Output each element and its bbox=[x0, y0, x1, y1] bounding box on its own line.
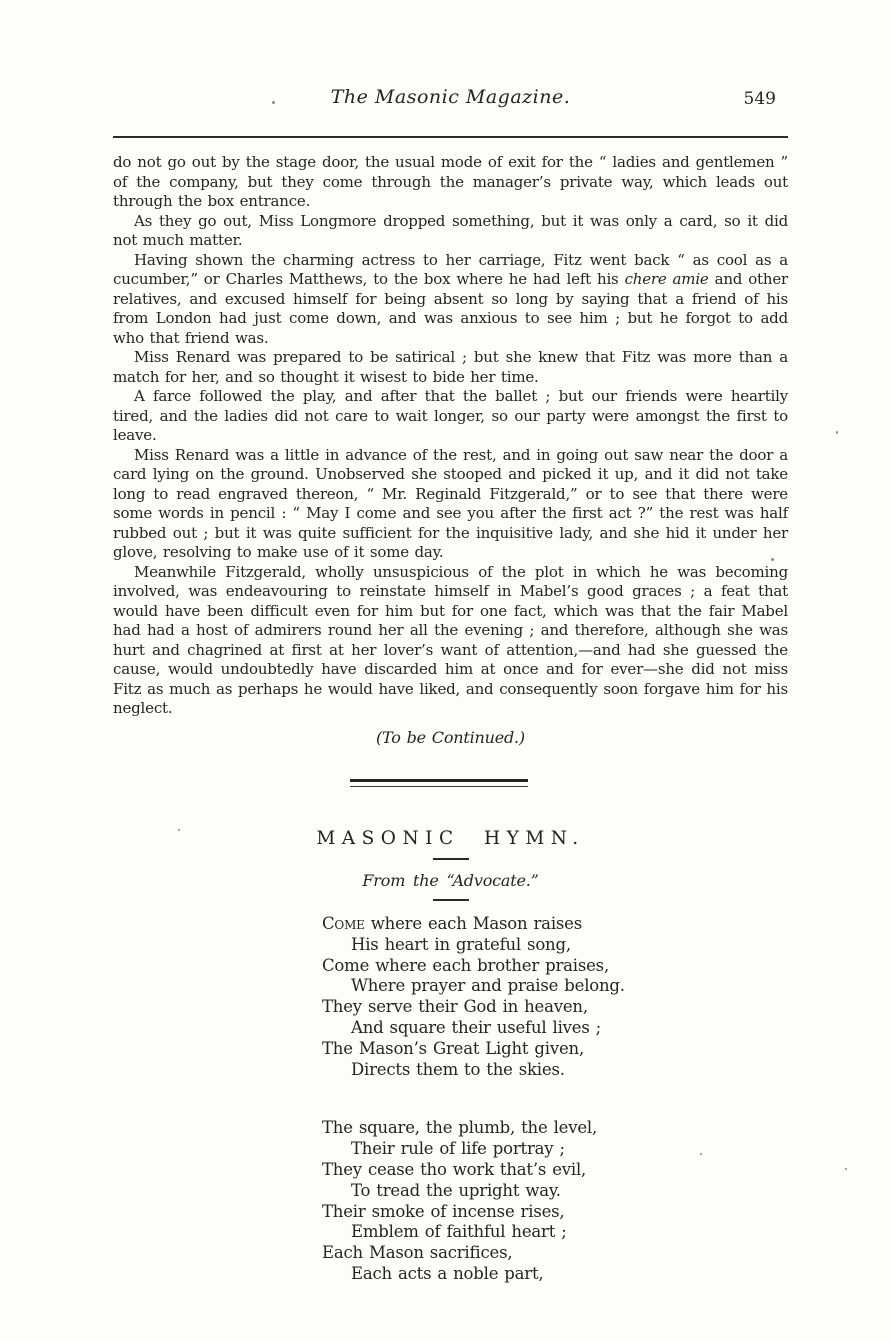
hymn-title: MASONIC HYMN. bbox=[113, 829, 788, 849]
scan-speckle bbox=[272, 101, 275, 104]
magazine-page: The Masonic Magazine. 549 do not go out … bbox=[0, 0, 892, 1342]
poem-line: And square their useful lives ; bbox=[351, 1018, 788, 1039]
poem-line: Come where each brother praises, bbox=[322, 956, 788, 977]
scan-speckle bbox=[700, 1153, 702, 1155]
poem-line: His heart in grateful song, bbox=[351, 935, 788, 956]
hymn-source: From the “Advocate.” bbox=[113, 871, 788, 891]
hymn-stanza-2: The square, the plumb, the level, Their … bbox=[322, 1118, 788, 1284]
scan-speckle bbox=[178, 829, 180, 831]
hymn-section: MASONIC HYMN. From the “Advocate.” Come … bbox=[113, 829, 788, 1285]
ornament-rule bbox=[433, 858, 469, 860]
poem-line: Come where each Mason raises bbox=[322, 914, 788, 935]
poem-line: Where prayer and praise belong. bbox=[351, 976, 788, 997]
poem-line: To tread the upright way. bbox=[351, 1181, 788, 1202]
poem-line: Directs them to the skies. bbox=[351, 1060, 788, 1081]
scan-speckle bbox=[771, 558, 774, 561]
hymn-stanza-1: Come where each Mason raises His heart i… bbox=[322, 914, 788, 1080]
poem-line: They cease tho work that’s evil, bbox=[322, 1160, 788, 1181]
story-paragraph: Having shown the charming actress to her… bbox=[113, 251, 788, 349]
poem-line: Their smoke of incense rises, bbox=[322, 1202, 788, 1223]
poem-line: They serve their God in heaven, bbox=[322, 997, 788, 1018]
story-paragraph: Miss Renard was a little in advance of t… bbox=[113, 446, 788, 563]
poem-line: Each acts a noble part, bbox=[351, 1264, 788, 1285]
poem-line: Their rule of life portray ; bbox=[351, 1139, 788, 1160]
story-paragraph: A farce followed the play, and after tha… bbox=[113, 387, 788, 446]
poem-line: Emblem of faithful heart ; bbox=[351, 1222, 788, 1243]
header-rule bbox=[113, 136, 788, 138]
story-paragraph: Meanwhile Fitzgerald, wholly unsuspiciou… bbox=[113, 563, 788, 719]
hymn-poem: Come where each Mason raises His heart i… bbox=[322, 914, 788, 1285]
poem-line: The square, the plumb, the level, bbox=[322, 1118, 788, 1139]
scan-speckle bbox=[845, 1168, 847, 1170]
continuation-note: (To be Continued.) bbox=[113, 728, 788, 748]
story-paragraph: As they go out, Miss Longmore dropped so… bbox=[113, 212, 788, 251]
poem-line: Each Mason sacrifices, bbox=[322, 1243, 788, 1264]
story-paragraph: do not go out by the stage door, the usu… bbox=[113, 153, 788, 212]
story-section: do not go out by the stage door, the usu… bbox=[113, 153, 788, 1285]
poem-line-smallcaps: Come bbox=[322, 914, 365, 933]
story-paragraph: Miss Renard was prepared to be satirical… bbox=[113, 348, 788, 387]
paragraph-segment-italic: chere amie bbox=[625, 270, 709, 288]
ornament-rule bbox=[433, 899, 469, 901]
poem-line: The Mason’s Great Light given, bbox=[322, 1039, 788, 1060]
section-divider bbox=[350, 779, 528, 787]
scan-speckle bbox=[836, 431, 838, 434]
poem-line-rest: where each Mason raises bbox=[365, 914, 582, 933]
page-number: 549 bbox=[744, 89, 776, 109]
journal-title: The Masonic Magazine. bbox=[113, 86, 788, 108]
